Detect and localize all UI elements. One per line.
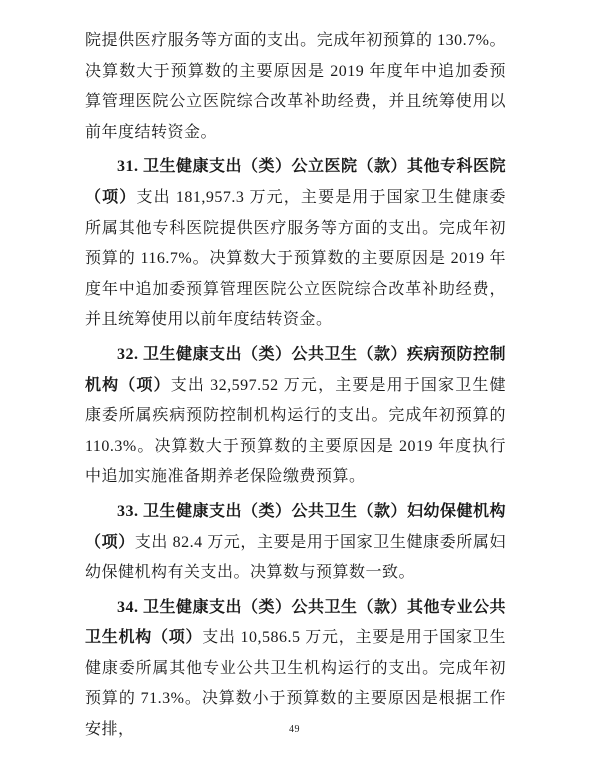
document-page: 院提供医疗服务等方面的支出。完成年初预算的 130.7%。决算数大于预算数的主要… [0, 0, 589, 759]
document-text-block: 院提供医疗服务等方面的支出。完成年初预算的 130.7%。决算数大于预算数的主要… [85, 26, 506, 746]
paragraph-continuation: 院提供医疗服务等方面的支出。完成年初预算的 130.7%。决算数大于预算数的主要… [85, 26, 506, 148]
page-number: 49 [0, 724, 589, 735]
item-33-paragraph: 33. 卫生健康支出（类）公共卫生（款）妇幼保健机构（项）支出 82.4 万元，… [85, 497, 506, 589]
item-34-paragraph: 34. 卫生健康支出（类）公共卫生（款）其他专业公共卫生机构（项）支出 10,5… [85, 593, 506, 746]
item-33-body: 支出 82.4 万元，主要是用于国家卫生健康委所属妇幼保健机构有关支出。决算数与… [85, 534, 506, 582]
item-31-paragraph: 31. 卫生健康支出（类）公立医院（款）其他专科医院（项）支出 181,957.… [85, 152, 506, 336]
item-31-body: 支出 181,957.3 万元，主要是用于国家卫生健康委所属其他专科医院提供医疗… [85, 189, 506, 328]
item-32-paragraph: 32. 卫生健康支出（类）公共卫生（款）疾病预防控制机构（项）支出 32,597… [85, 340, 506, 493]
paragraph-continuation-body: 院提供医疗服务等方面的支出。完成年初预算的 130.7%。决算数大于预算数的主要… [85, 32, 506, 141]
